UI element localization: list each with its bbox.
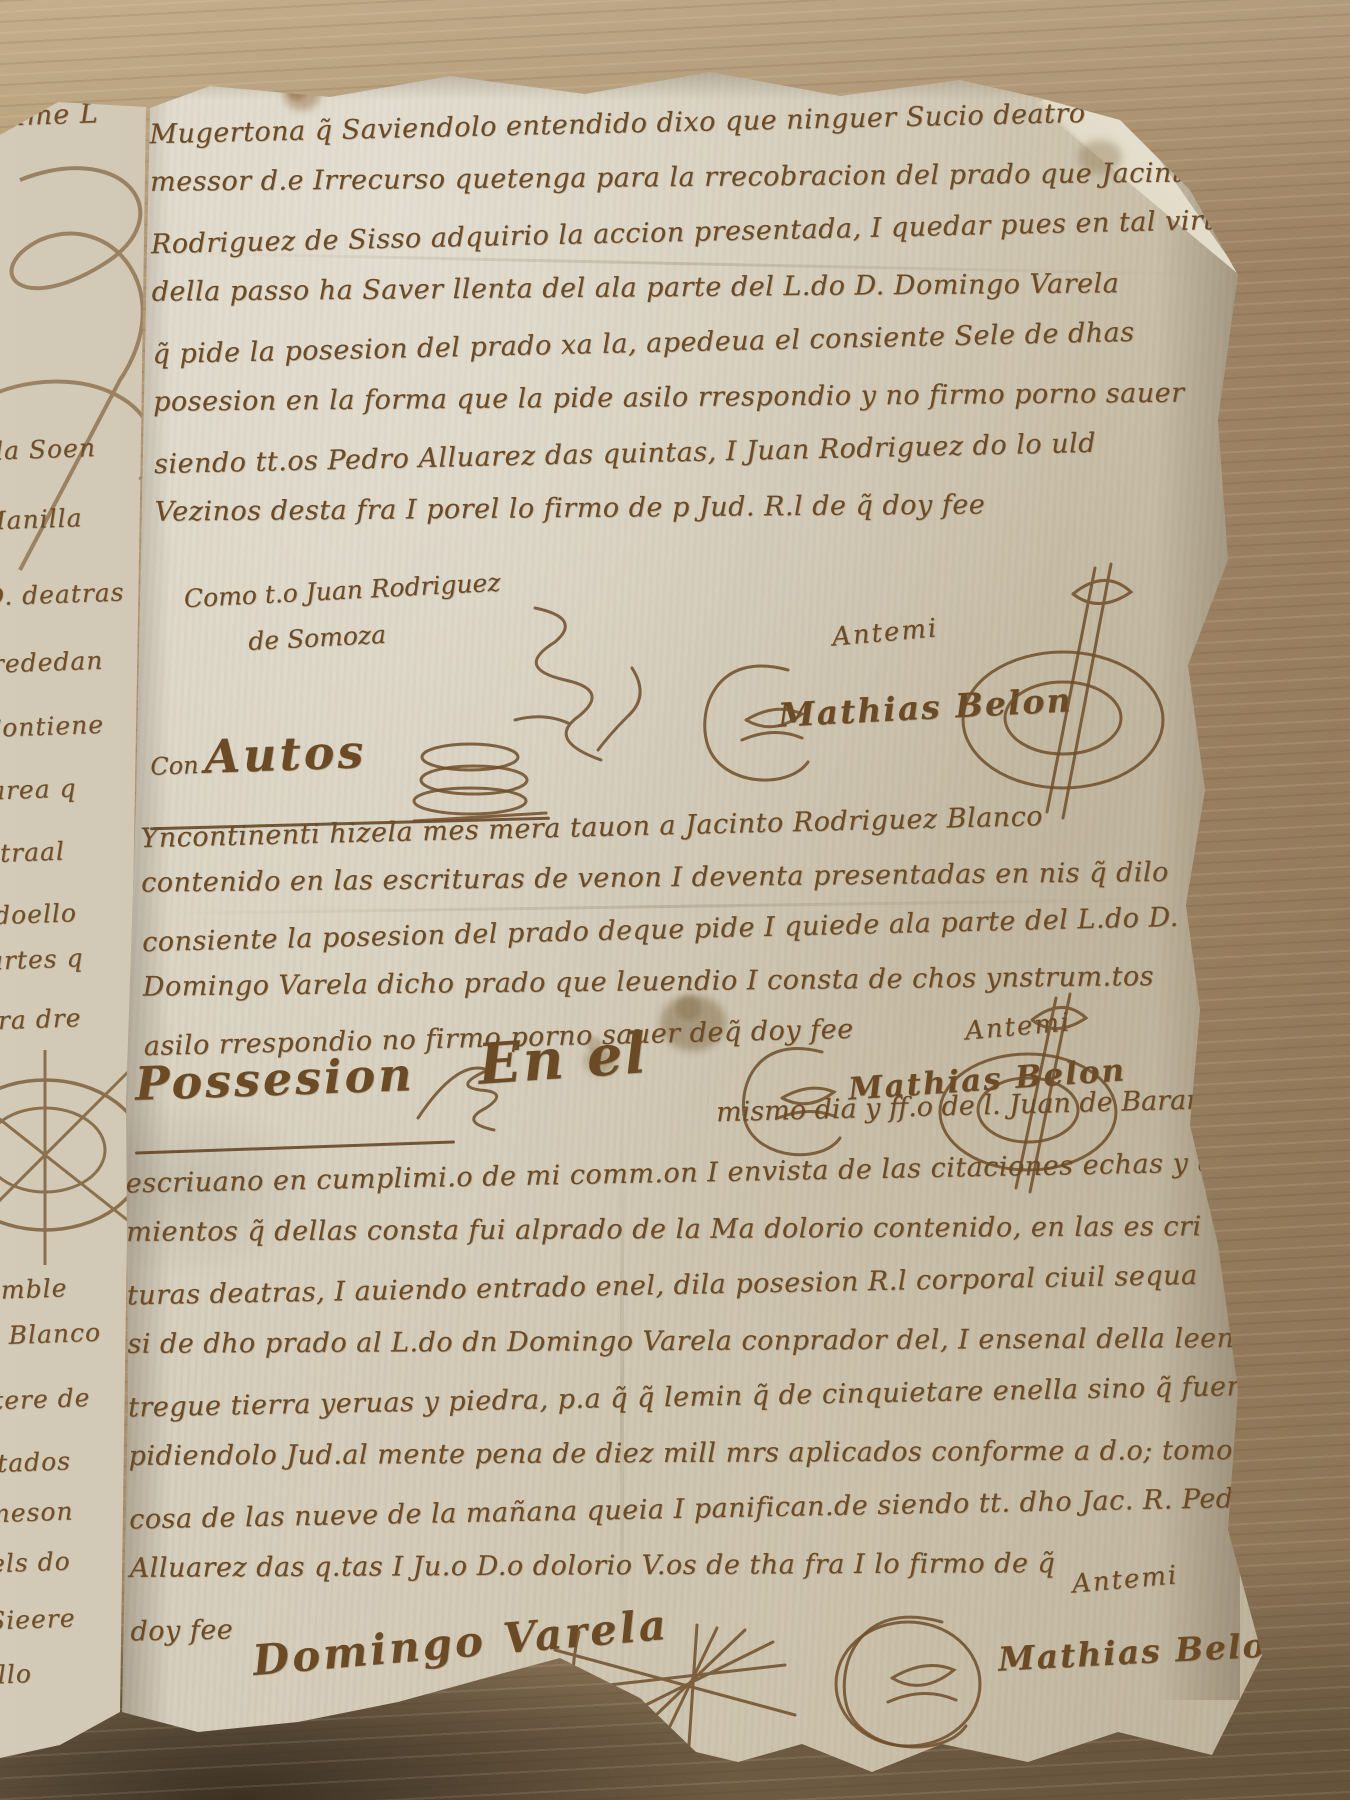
fragment-line: ntados: [0, 1446, 71, 1478]
fragment-line: es Blanco: [0, 1318, 101, 1352]
fragment-line: ello: [0, 1659, 32, 1690]
fragment-line: area q: [0, 773, 77, 805]
manuscript-line: Vezinos desta fra I porel lo firmo de p …: [154, 475, 1229, 539]
manuscript-page: Mugertona q̃ Saviendolo entendido dixo q…: [0, 0, 1350, 1800]
witness-rubric-flourish: [475, 600, 595, 750]
fragment-line: Manilla: [0, 503, 83, 536]
c-swirl-flourish: [828, 1598, 988, 1768]
fragment-line: odoello: [0, 898, 77, 930]
fragment-line: ara dre: [0, 1003, 82, 1035]
fragment-line: meson: [0, 1496, 74, 1528]
heading-word: Possesion: [134, 1047, 415, 1111]
ante-mi-note: Antemi: [831, 613, 940, 652]
fragment-line: artes q: [0, 943, 84, 975]
margin-heading-possession: Possesion: [134, 1047, 415, 1111]
fragment-line: lla Soen: [0, 433, 96, 466]
fragment-line: erededan: [0, 646, 104, 679]
fragment-line: ntere de: [0, 1383, 91, 1416]
possession-opening-words: En el: [476, 1020, 650, 1098]
witness-note: Como t.o Juan Rodriguez de Somoza: [183, 560, 504, 668]
paragraph-3: escriuano en cumplimi.o de mi comm.on I …: [125, 1140, 1222, 1655]
fragment-line: otraal: [0, 837, 65, 869]
signature-rubric: [945, 560, 1180, 825]
c-swirl-flourish: [688, 648, 828, 798]
fragment-line: Sieere: [0, 1603, 76, 1635]
fragment-line: temble: [0, 1273, 68, 1305]
paragraph-1: Mugertona q̃ Saviendolo entendido dixo q…: [149, 88, 1230, 543]
comma-flourish: [592, 660, 652, 755]
margin-heading-auto: ConAutos: [149, 724, 367, 786]
heading-word: Autos: [203, 724, 367, 784]
heading-prefix: Con: [150, 751, 199, 781]
fragment-line: els do: [0, 1547, 71, 1579]
fragment-line: D. deatras: [0, 578, 125, 612]
fragment-line: Contiene: [0, 710, 104, 743]
